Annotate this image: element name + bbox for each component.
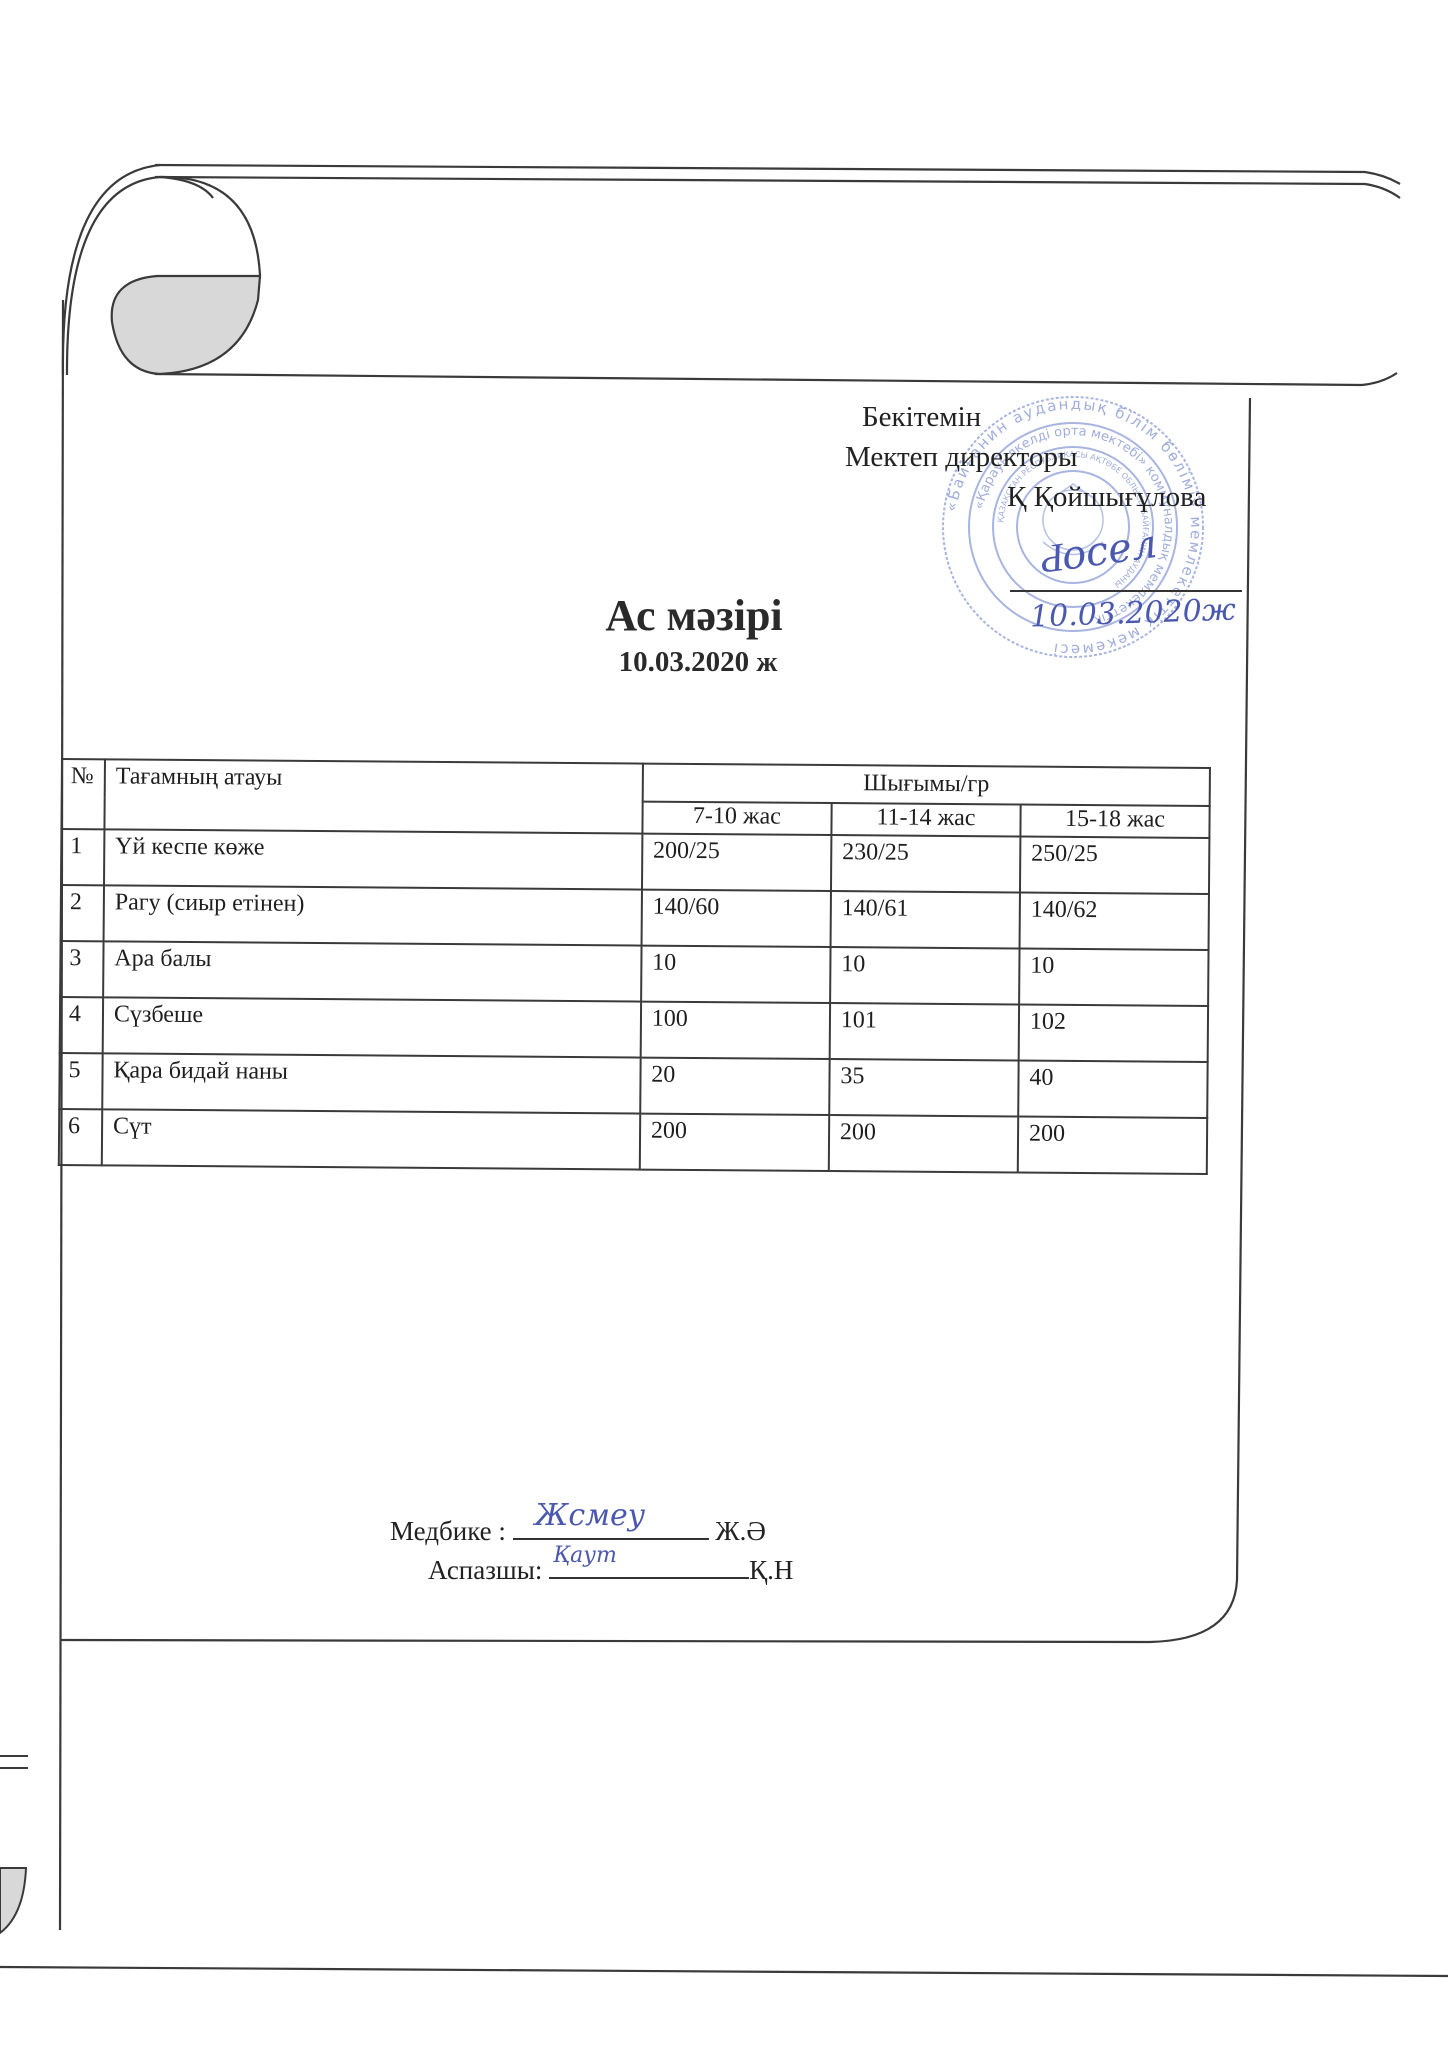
col-header-age-15-18: 15-18 жас xyxy=(1020,805,1209,838)
table-row: 4 Сүзбеше 100 101 102 xyxy=(60,997,1208,1062)
table-row: 5 Қара бидай наны 20 35 40 xyxy=(59,1053,1207,1118)
row-number: 5 xyxy=(59,1053,102,1109)
cook-signature: Қаут xyxy=(553,1543,617,1568)
yield-age-15-18: 10 xyxy=(1019,949,1209,1006)
yield-age-15-18: 140/62 xyxy=(1019,893,1209,950)
nurse-signature-line: Жсмеу xyxy=(513,1512,709,1540)
yield-age-11-14: 140/61 xyxy=(830,891,1019,948)
menu-table: № Тағамның атауы Шығымы/гр 7-10 жас 11-1… xyxy=(58,758,1211,1175)
yield-age-7-10: 200/25 xyxy=(642,834,831,891)
row-number: 6 xyxy=(59,1109,102,1165)
table-row: 2 Рагу (сиыр етінен) 140/60 140/61 140/6… xyxy=(61,885,1209,950)
yield-age-15-18: 40 xyxy=(1018,1061,1208,1118)
scroll-curl-shade xyxy=(112,276,260,374)
approval-heading: Бекітемін xyxy=(862,400,981,434)
dish-name: Сүт xyxy=(102,1109,640,1169)
table-header-row: № Тағамның атауы Шығымы/гр xyxy=(62,759,1210,806)
dish-name: Сүзбеше xyxy=(103,997,641,1057)
document-date: 10.03.2020 ж xyxy=(0,646,1448,679)
col-header-age-7-10: 7-10 жас xyxy=(642,802,831,835)
cook-label: Аспазшы: xyxy=(428,1555,542,1585)
dish-name: Үй кеспе көже xyxy=(104,829,642,889)
row-number: 4 xyxy=(60,997,103,1053)
col-header-age-11-14: 11-14 жас xyxy=(831,803,1020,836)
dish-name: Ара балы xyxy=(103,941,641,1001)
nurse-signature: Жсмеу xyxy=(535,1498,646,1533)
cook-signature-line: Қаут xyxy=(549,1551,749,1579)
yield-age-11-14: 200 xyxy=(829,1115,1018,1172)
yield-age-7-10: 140/60 xyxy=(641,890,830,947)
cook-initials: Қ.Н xyxy=(749,1555,793,1585)
row-number: 3 xyxy=(60,941,103,997)
yield-age-11-14: 10 xyxy=(830,947,1019,1004)
yield-age-15-18: 102 xyxy=(1019,1005,1209,1062)
yield-age-7-10: 10 xyxy=(641,946,830,1003)
dish-name: Қара бидай наны xyxy=(102,1053,640,1113)
scroll-bottom-curl xyxy=(0,1868,26,1933)
table-row: 1 Үй кеспе көже 200/25 230/25 250/25 xyxy=(61,829,1209,894)
cook-signature-row: Аспазшы: Қаут Қ.Н xyxy=(428,1551,793,1586)
nurse-initials: Ж.Ә xyxy=(715,1516,765,1546)
col-header-yield: Шығымы/гр xyxy=(642,764,1209,807)
table-row: 3 Ара балы 10 10 10 xyxy=(60,941,1208,1006)
col-header-number: № xyxy=(61,759,104,829)
yield-age-7-10: 200 xyxy=(640,1114,829,1171)
row-number: 1 xyxy=(61,829,104,885)
yield-age-11-14: 101 xyxy=(830,1003,1019,1060)
table-row: 6 Сүт 200 200 200 xyxy=(59,1109,1207,1174)
approval-position: Мектеп директоры xyxy=(845,440,1077,474)
dish-name: Рагу (сиыр етінен) xyxy=(103,885,641,945)
nurse-label: Медбике : xyxy=(390,1516,506,1546)
yield-age-11-14: 35 xyxy=(829,1059,1018,1116)
yield-age-7-10: 20 xyxy=(640,1058,829,1115)
row-number: 2 xyxy=(61,885,104,941)
yield-age-11-14: 230/25 xyxy=(831,835,1020,892)
approval-director-name: Қ Қойшығұлова xyxy=(1007,480,1206,514)
col-header-dish-name: Тағамның атауы xyxy=(104,759,642,833)
yield-age-7-10: 100 xyxy=(640,1002,829,1059)
document-title: Ас мәзірі xyxy=(0,590,1448,641)
nurse-signature-row: Медбике : Жсмеу Ж.Ә xyxy=(390,1512,766,1547)
yield-age-15-18: 250/25 xyxy=(1020,837,1210,894)
yield-age-15-18: 200 xyxy=(1018,1117,1208,1174)
